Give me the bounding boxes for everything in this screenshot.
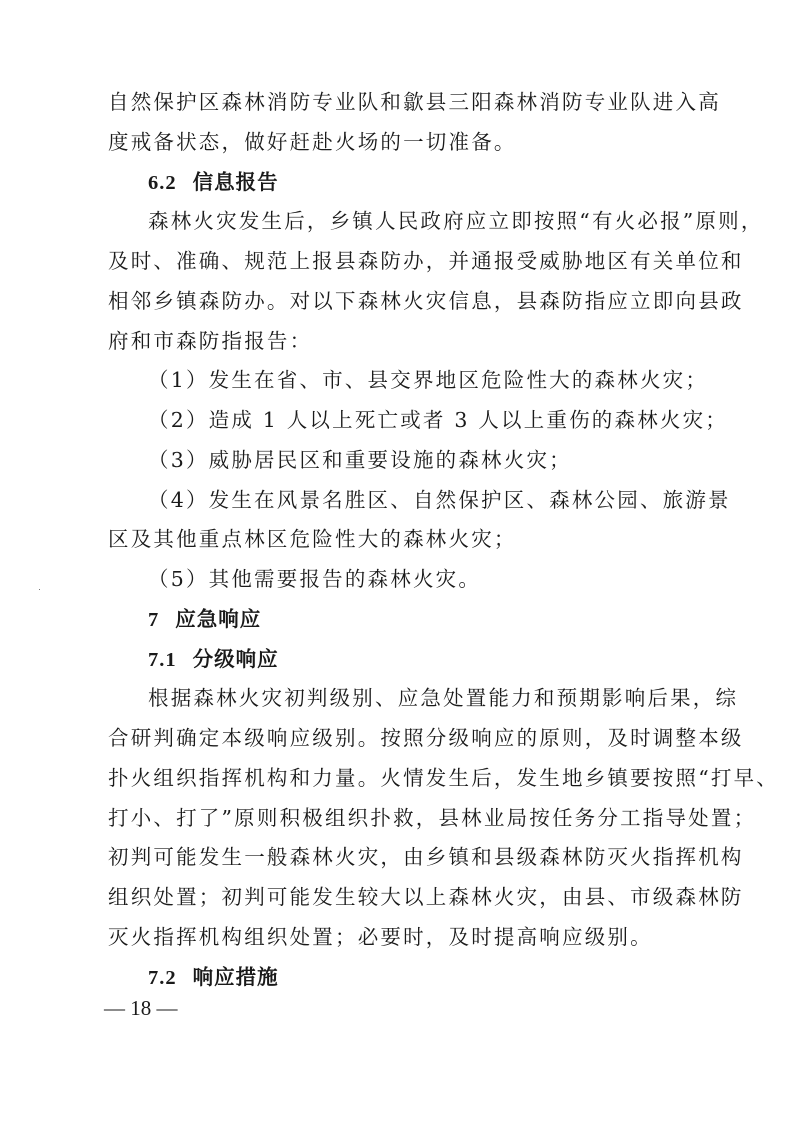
paragraph-line: （5）其他需要报告的森林火灾。	[148, 565, 698, 593]
paragraph-line: 扑火组织指挥机构和力量。火情发生后，发生地乡镇要按照“打早、	[108, 764, 698, 792]
section-number: 6.2	[148, 169, 177, 197]
paragraph-line: 森林火灾发生后，乡镇人民政府应立即按照“有火必报”原则，	[148, 207, 698, 235]
section-number: 7.1	[148, 646, 177, 674]
section-title: 分级响应	[193, 647, 279, 671]
paragraph-line: 相邻乡镇森防办。对以下森林火灾信息，县森防指应立即向县政	[108, 287, 698, 315]
paragraph-line: （2）造成 1 人以上死亡或者 3 人以上重伤的森林火灾；	[148, 406, 698, 434]
section-title: 应急响应	[175, 607, 261, 631]
scan-speck	[39, 589, 40, 590]
paragraph-line: 度戒备状态，做好赶赴火场的一切准备。	[108, 128, 698, 156]
paragraph-line: 组织处置；初判可能发生较大以上森林火灾，由县、市级森林防	[108, 883, 698, 911]
section-heading: 7.2响应措施	[148, 963, 698, 992]
page-number: — 18 —	[104, 996, 178, 1021]
section-number: 7	[148, 606, 159, 634]
paragraph-line: 初判可能发生一般森林火灾，由乡镇和县级森林防灭火指挥机构	[108, 843, 698, 871]
section-heading: 6.2信息报告	[148, 168, 698, 197]
section-title: 响应措施	[193, 965, 279, 989]
paragraph-line: （4）发生在风景名胜区、自然保护区、森林公园、旅游景	[148, 486, 698, 514]
paragraph-line: 自然保护区森林消防专业队和歙县三阳森林消防专业队进入高	[108, 88, 698, 116]
document-page: 自然保护区森林消防专业队和歙县三阳森林消防专业队进入高度戒备状态，做好赶赴火场的…	[0, 0, 793, 1121]
section-title: 信息报告	[193, 170, 279, 194]
paragraph-line: 区及其他重点林区危险性大的森林火灾；	[108, 525, 698, 553]
paragraph-line: （3）威胁居民区和重要设施的森林火灾；	[148, 446, 698, 474]
paragraph-line: 及时、准确、规范上报县森防办，并通报受威胁地区有关单位和	[108, 247, 698, 275]
section-heading: 7.1分级响应	[148, 645, 698, 674]
paragraph-line: 根据森林火灾初判级别、应急处置能力和预期影响后果，综	[148, 684, 698, 712]
section-heading: 7应急响应	[148, 605, 698, 634]
paragraph-line: 打小、打了”原则积极组织扑救，县林业局按任务分工指导处置；	[108, 804, 698, 832]
paragraph-line: 府和市森防指报告：	[108, 327, 698, 355]
paragraph-line: （1）发生在省、市、县交界地区危险性大的森林火灾；	[148, 366, 698, 394]
paragraph-line: 合研判确定本级响应级别。按照分级响应的原则，及时调整本级	[108, 724, 698, 752]
paragraph-line: 灭火指挥机构组织处置；必要时，及时提高响应级别。	[108, 923, 698, 951]
section-number: 7.2	[148, 964, 177, 992]
